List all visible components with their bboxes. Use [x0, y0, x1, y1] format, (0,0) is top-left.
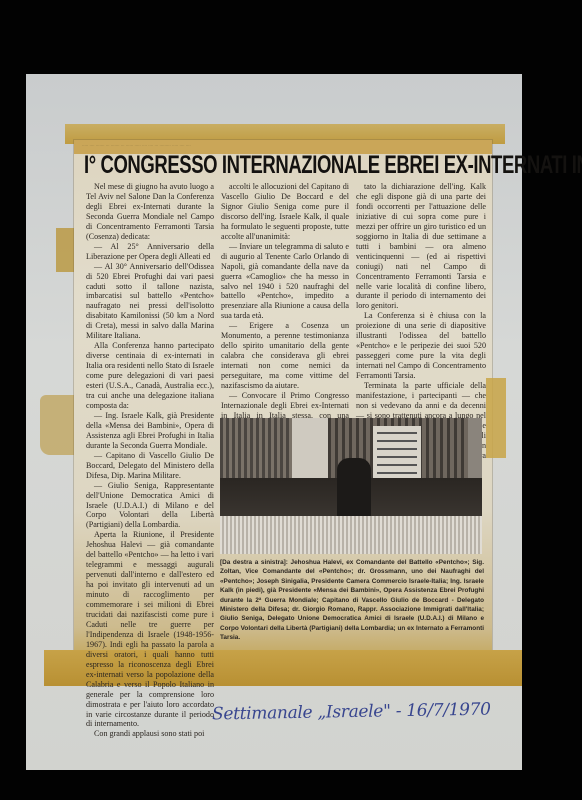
article-paragraph: accolti le allocuzioni del Capitano di V…: [221, 182, 349, 242]
article-headline: I° CONGRESSO INTERNAZIONALE EBREI EX-INT…: [84, 150, 484, 180]
article-paragraph: — Erigere a Cosenza un Monumento, a pere…: [221, 321, 349, 391]
article-paragraph: — Al 25° Anniversario della Liberazione …: [86, 242, 214, 262]
tape-right: [486, 378, 506, 458]
conference-photo: [220, 418, 482, 554]
photo-caption: [Da destra a sinistra]: Jehoshua Halevi,…: [220, 558, 484, 643]
article-paragraph: — Capitano di Vascello Giulio De Boccard…: [86, 451, 214, 481]
article-paragraph: — Giulio Seniga, Rappresentante dell'Uni…: [86, 481, 214, 531]
article-column-1: Nel mese di giugno ha avuto luogo a Tel …: [86, 182, 214, 739]
photo-standing-speaker: [337, 458, 371, 518]
photo-table: [220, 516, 482, 554]
article-paragraph: La Conferenza si è chiusa con la proiezi…: [356, 311, 486, 381]
article-paragraph: Nel mese di giugno ha avuto luogo a Tel …: [86, 182, 214, 242]
article-paragraph: Aperta la Riunione, il Presidente Jehosh…: [86, 530, 214, 729]
article-paragraph: Alla Conferenza hanno partecipato divers…: [86, 341, 214, 411]
article-paragraph: tato la dichiarazione dell'ing. Kalk che…: [356, 182, 486, 311]
photo-board: [373, 426, 421, 481]
article-paragraph: — Ing. Israele Kalk, già Presidente dell…: [86, 411, 214, 451]
article-paragraph: Con grandi applausi sono stati poi: [86, 729, 214, 739]
article-paragraph: — Inviare un telegramma di saluto e di a…: [221, 242, 349, 322]
article-paragraph: — Al 30° Anniversario dell'Odissea di 52…: [86, 262, 214, 342]
